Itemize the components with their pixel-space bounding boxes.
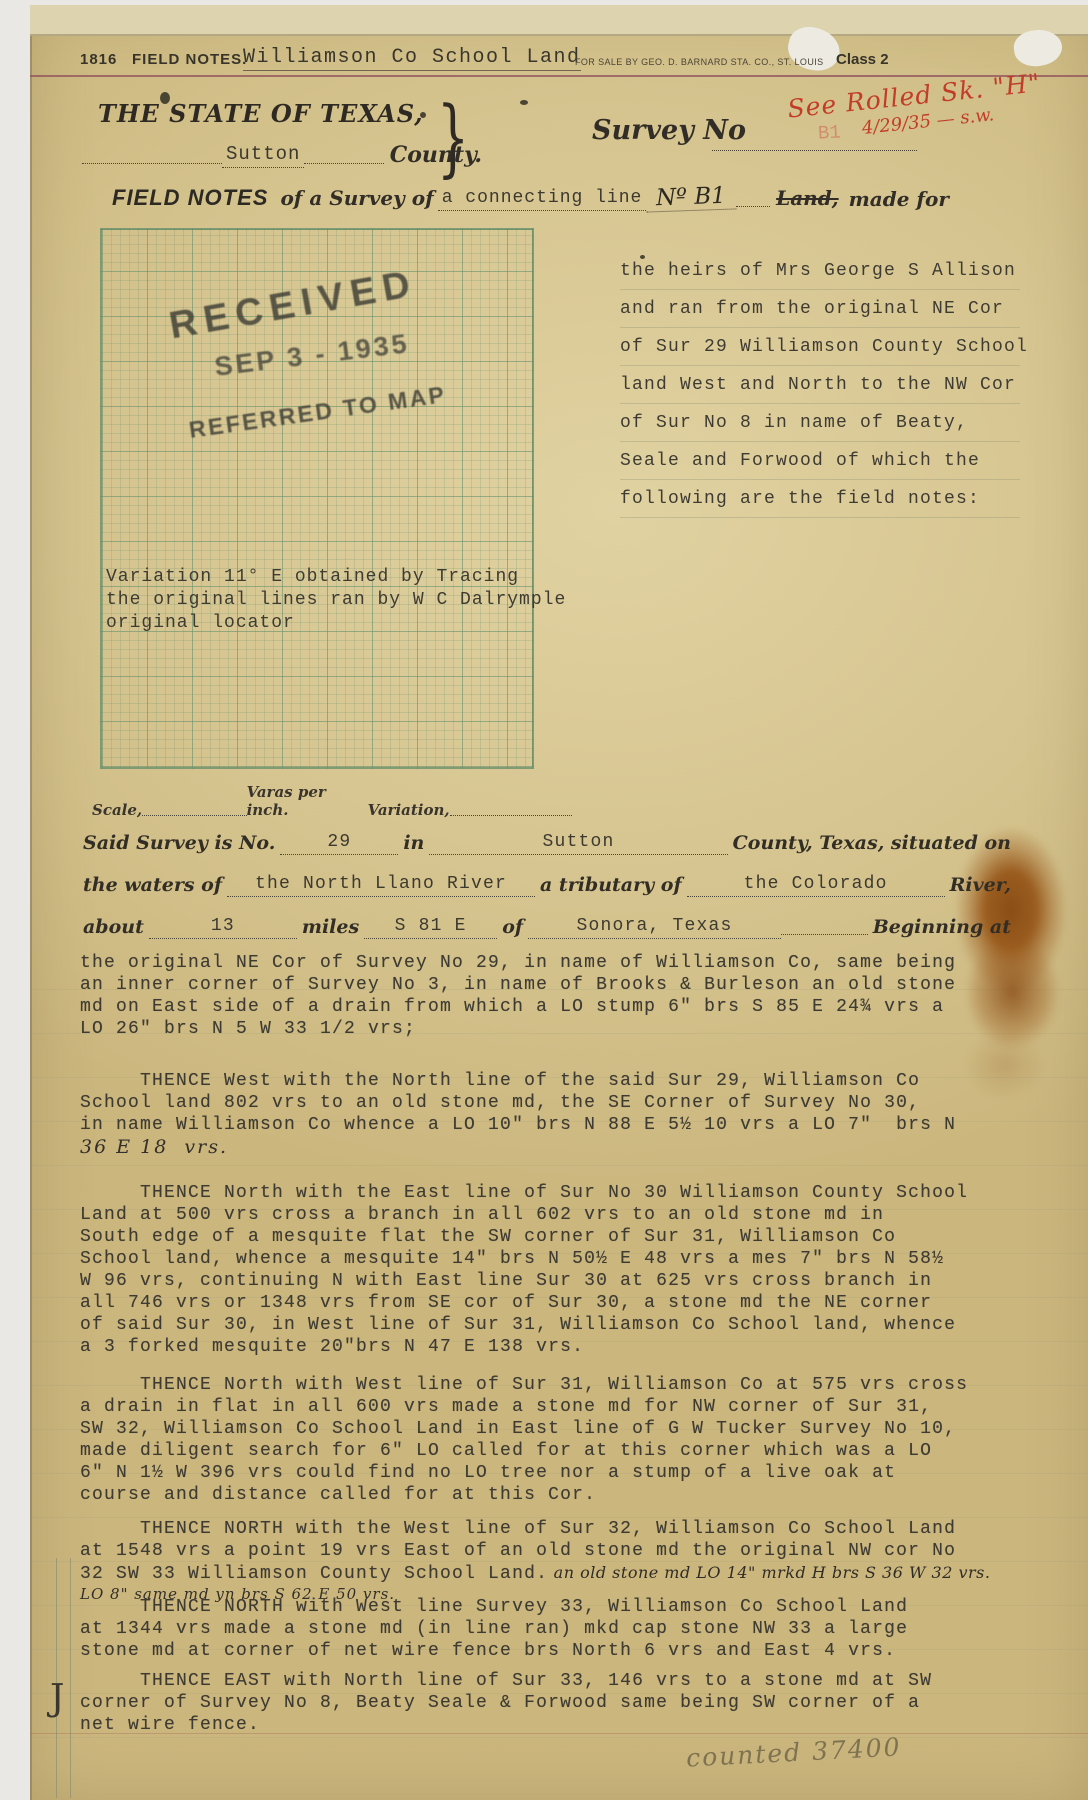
about-label: about xyxy=(78,916,149,939)
place-fill: Sonora, Texas xyxy=(528,916,781,939)
variation-label: Variation, xyxy=(368,801,450,819)
typed-segment: 32 SW 33 Williamson County School Land. xyxy=(80,1564,548,1584)
body-line: md on East side of a drain from which a … xyxy=(80,996,956,1018)
body-line: THENCE NORTH with the West line of Sur 3… xyxy=(80,1518,990,1540)
caption-brace: } xyxy=(437,88,469,186)
paper-edge-strip xyxy=(30,5,1088,36)
tributary-label: a tributary of xyxy=(535,874,687,897)
body-line: all 746 vrs or 1348 vrs from SE cor of S… xyxy=(80,1292,968,1314)
dotted-line xyxy=(736,206,770,207)
body-line: of said Sur 30, in West line of Sur 31, … xyxy=(80,1314,968,1336)
handwritten-bearing-line: 36 E 18 vrs. xyxy=(80,1136,956,1158)
dotted-line xyxy=(712,150,917,151)
body-line: the original NE Cor of Survey No 29, in … xyxy=(80,952,956,974)
body-paragraph-1: the original NE Cor of Survey No 29, in … xyxy=(80,952,956,1040)
scale-label: Scale, xyxy=(92,801,142,819)
miles-label: miles xyxy=(297,916,364,939)
intro-line: the heirs of Mrs George S Allison xyxy=(620,252,1020,290)
in-label: in xyxy=(398,832,429,855)
said-survey-label: Said Survey is No. xyxy=(78,832,280,855)
body-line: THENCE EAST with North line of Sur 33, 1… xyxy=(80,1670,932,1692)
form-number: 1816 xyxy=(80,51,117,68)
dotted-line xyxy=(142,815,246,816)
document-title: Williamson Co School Land xyxy=(243,46,581,71)
class-label: Class 2 xyxy=(836,51,889,68)
body-line: THENCE NORTH with West line Survey 33, W… xyxy=(80,1596,908,1618)
body-line: made diligent search for 6" LO called fo… xyxy=(80,1440,968,1462)
location-line-1: Said Survey is No. 29 in Sutton County, … xyxy=(78,832,1016,855)
survey-no-label: Survey No xyxy=(592,115,746,146)
body-line: 32 SW 33 Williamson County School Land. … xyxy=(80,1562,990,1585)
body-paragraph-5: THENCE NORTH with the West line of Sur 3… xyxy=(80,1518,990,1603)
body-line: THENCE North with the East line of Sur N… xyxy=(80,1182,968,1204)
bearing-fill: S 81 E xyxy=(364,916,497,939)
field-notes-title-line: FIELD NOTES of a Survey of a connecting … xyxy=(112,184,1017,211)
river-label: River, xyxy=(945,874,1016,897)
margin-mark-j: J xyxy=(50,1678,64,1719)
county-fill: Sutton xyxy=(429,832,727,855)
intro-line: and ran from the original NE Cor xyxy=(620,290,1020,328)
body-line: at 1548 vrs a point 19 vrs East of an ol… xyxy=(80,1540,990,1562)
intro-line: following are the field notes: xyxy=(620,480,1020,518)
location-line-2: the waters of the North Llano River a tr… xyxy=(78,874,1016,897)
county-value: Sutton xyxy=(222,143,304,168)
survey-number-fill: 29 xyxy=(280,832,398,855)
state-of-texas-heading: THE STATE OF TEXAS, xyxy=(98,99,424,128)
variation-line: original locator xyxy=(106,612,566,635)
body-line: at 1344 vrs made a stone md (in line ran… xyxy=(80,1618,908,1640)
intro-line: Seale and Forwood of which the xyxy=(620,442,1020,480)
body-line: South edge of a mesquite flat the SW cor… xyxy=(80,1226,968,1248)
county-texas-label: County, Texas, situated on xyxy=(728,832,1016,855)
intro-line: land West and North to the NW Cor xyxy=(620,366,1020,404)
scanned-document-page: 1816 FIELD NOTES. Williamson Co School L… xyxy=(0,0,1088,1800)
tributary-fill: the Colorado xyxy=(687,874,945,897)
printer-credit: FOR SALE BY GEO. D. BARNARD STA. CO., ST… xyxy=(575,57,824,67)
scale-row: Scale, Varas per inch. Variation, xyxy=(92,783,572,819)
body-line: net wire fence. xyxy=(80,1714,932,1736)
survey-no-value: B1 xyxy=(817,121,841,144)
struck-word-land: Land, xyxy=(770,186,845,211)
variation-line: Variation 11° E obtained by Tracing xyxy=(106,566,566,589)
header-rule xyxy=(30,75,1088,77)
varas-label: Varas per inch. xyxy=(247,783,350,819)
ink-speck xyxy=(520,100,528,105)
body-line: THENCE West with the North line of the s… xyxy=(80,1070,956,1092)
ink-stain xyxy=(965,1030,1045,1100)
body-line: in name Williamson Co whence a LO 10" br… xyxy=(80,1114,956,1136)
body-paragraph-2: THENCE West with the North line of the s… xyxy=(80,1070,956,1158)
county-label: County. xyxy=(384,142,482,168)
dotted-line xyxy=(781,934,868,935)
variation-note: Variation 11° E obtained by Tracing the … xyxy=(106,566,566,635)
form-title: FIELD NOTES. xyxy=(132,51,247,68)
handwritten-survey-number: Nº B1 xyxy=(646,182,737,212)
location-line-3: about 13 miles S 81 E of Sonora, Texas B… xyxy=(78,916,1016,939)
body-line: Land at 500 vrs cross a branch in all 60… xyxy=(80,1204,968,1226)
dotted-line xyxy=(450,815,572,816)
dotted-line xyxy=(82,163,222,164)
intro-line: of Sur No 8 in name of Beaty, xyxy=(620,404,1020,442)
body-paragraph-3: THENCE North with the East line of Sur N… xyxy=(80,1182,968,1358)
body-line: stone md at corner of net wire fence brs… xyxy=(80,1640,908,1662)
body-line: a 3 forked mesquite 20"brs N 47 E 138 vr… xyxy=(80,1336,968,1358)
body-line: 6" N 1½ W 396 vrs could find no LO tree … xyxy=(80,1462,968,1484)
body-line: THENCE North with West line of Sur 31, W… xyxy=(80,1374,968,1396)
county-row: Sutton County. xyxy=(82,142,482,168)
body-line: LO 26" brs N 5 W 33 1/2 vrs; xyxy=(80,1018,956,1040)
margin-line xyxy=(70,1558,71,1798)
dotted-line xyxy=(304,163,383,164)
of-a-survey-of: of a Survey of xyxy=(276,186,437,211)
body-line: School land, whence a mesquite 14" brs N… xyxy=(80,1248,968,1270)
field-notes-heading: FIELD NOTES xyxy=(112,185,276,211)
beginning-at-label: Beginning at xyxy=(868,916,1016,939)
body-line: a drain in flat in all 600 vrs made a st… xyxy=(80,1396,968,1418)
variation-line: the original lines ran by W C Dalrymple xyxy=(106,589,566,612)
body-line: an inner corner of Survey No 3, in name … xyxy=(80,974,956,996)
handwritten-inline-note: an old stone md LO 14" mrkd H brs S 36 W… xyxy=(548,1563,990,1582)
intro-paragraph: the heirs of Mrs George S Allison and ra… xyxy=(620,252,1020,518)
body-paragraph-6: THENCE NORTH with West line Survey 33, W… xyxy=(80,1596,908,1662)
body-paragraph-4: THENCE North with West line of Sur 31, W… xyxy=(80,1374,968,1506)
miles-fill: 13 xyxy=(149,916,297,939)
waters-of-label: the waters of xyxy=(78,874,227,897)
typed-fill-connecting-line: a connecting line xyxy=(438,188,647,211)
body-line: W 96 vrs, continuing N with East line Su… xyxy=(80,1270,968,1292)
body-line: SW 32, Williamson Co School Land in East… xyxy=(80,1418,968,1440)
body-line: course and distance called for at this C… xyxy=(80,1484,968,1506)
body-line: corner of Survey No 8, Beaty Seale & For… xyxy=(80,1692,932,1714)
of-label: of xyxy=(497,916,528,939)
intro-line: of Sur 29 Williamson County School xyxy=(620,328,1020,366)
body-line: School land 802 vrs to an old stone md, … xyxy=(80,1092,956,1114)
body-paragraph-7: THENCE EAST with North line of Sur 33, 1… xyxy=(80,1670,932,1736)
waters-fill: the North Llano River xyxy=(227,874,535,897)
made-for-label: made for xyxy=(845,187,949,211)
